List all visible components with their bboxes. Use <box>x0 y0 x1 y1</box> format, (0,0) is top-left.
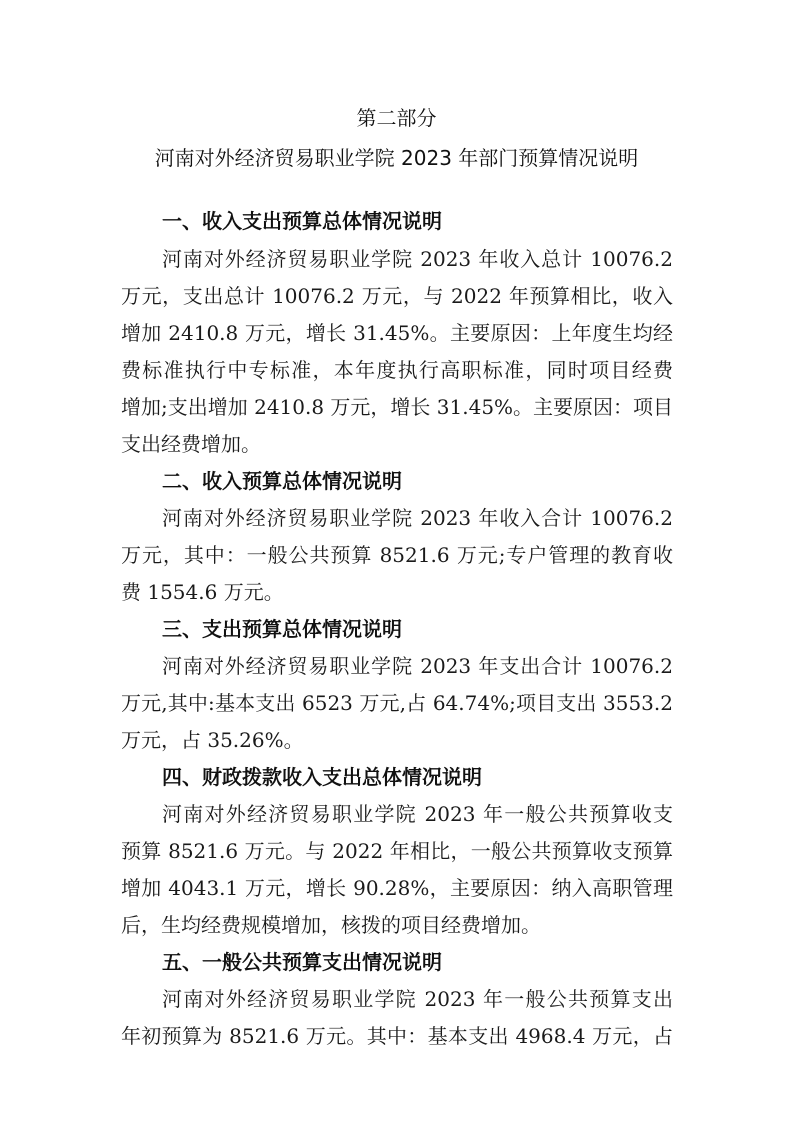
section-1-line-1: 河南对外经济贸易职业学院 2023 年收入总计 10076.2 <box>162 244 673 274</box>
section-3-line-1: 河南对外经济贸易职业学院 2023 年支出合计 10076.2 <box>162 651 673 681</box>
section-4-line-3: 增加 4043.1 万元，增长 90.28%，主要原因：纳入高职管理 <box>121 873 673 903</box>
section-2-line-2: 万元，其中：一般公共预算 8521.6 万元;专户管理的教育收 <box>121 540 673 570</box>
document-page: 第二部分 河南对外经济贸易职业学院 2023 年部门预算情况说明 一、收入支出预… <box>0 0 793 1122</box>
section-5-heading: 五、一般公共预算支出情况说明 <box>162 947 442 977</box>
part-title: 第二部分 <box>0 105 793 131</box>
section-1-line-6: 支出经费增加。 <box>121 429 673 459</box>
section-3-heading: 三、支出预算总体情况说明 <box>162 614 402 644</box>
section-3-line-3: 万元，占 35.26%。 <box>121 725 673 755</box>
section-2-heading: 二、收入预算总体情况说明 <box>162 466 402 496</box>
section-1-heading: 一、收入支出预算总体情况说明 <box>162 206 442 236</box>
section-1-line-2: 万元，支出总计 10076.2 万元，与 2022 年预算相比，收入 <box>121 281 673 311</box>
section-2-line-3: 费 1554.6 万元。 <box>121 577 673 607</box>
section-1-line-3: 增加 2410.8 万元，增长 31.45%。主要原因：上年度生均经 <box>121 318 673 348</box>
section-1-line-5: 增加;支出增加 2410.8 万元，增长 31.45%。主要原因：项目 <box>121 392 673 422</box>
section-3-line-2: 万元,其中:基本支出 6523 万元,占 64.74%;项目支出 3553.2 <box>121 688 673 718</box>
section-4-line-1: 河南对外经济贸易职业学院 2023 年一般公共预算收支 <box>162 799 673 829</box>
section-1-line-4: 费标准执行中专标准，本年度执行高职标准，同时项目经费 <box>121 355 673 385</box>
section-4-line-4: 后，生均经费规模增加，核拨的项目经费增加。 <box>121 910 673 940</box>
section-5-line-2: 年初预算为 8521.6 万元。其中：基本支出 4968.4 万元，占 <box>121 1021 673 1051</box>
section-4-line-2: 预算 8521.6 万元。与 2022 年相比，一般公共预算收支预算 <box>121 836 673 866</box>
section-2-line-1: 河南对外经济贸易职业学院 2023 年收入合计 10076.2 <box>162 503 673 533</box>
section-4-heading: 四、财政拨款收入支出总体情况说明 <box>162 762 482 792</box>
main-title: 河南对外经济贸易职业学院 2023 年部门预算情况说明 <box>0 145 793 171</box>
section-5-line-1: 河南对外经济贸易职业学院 2023 年一般公共预算支出 <box>162 984 673 1014</box>
